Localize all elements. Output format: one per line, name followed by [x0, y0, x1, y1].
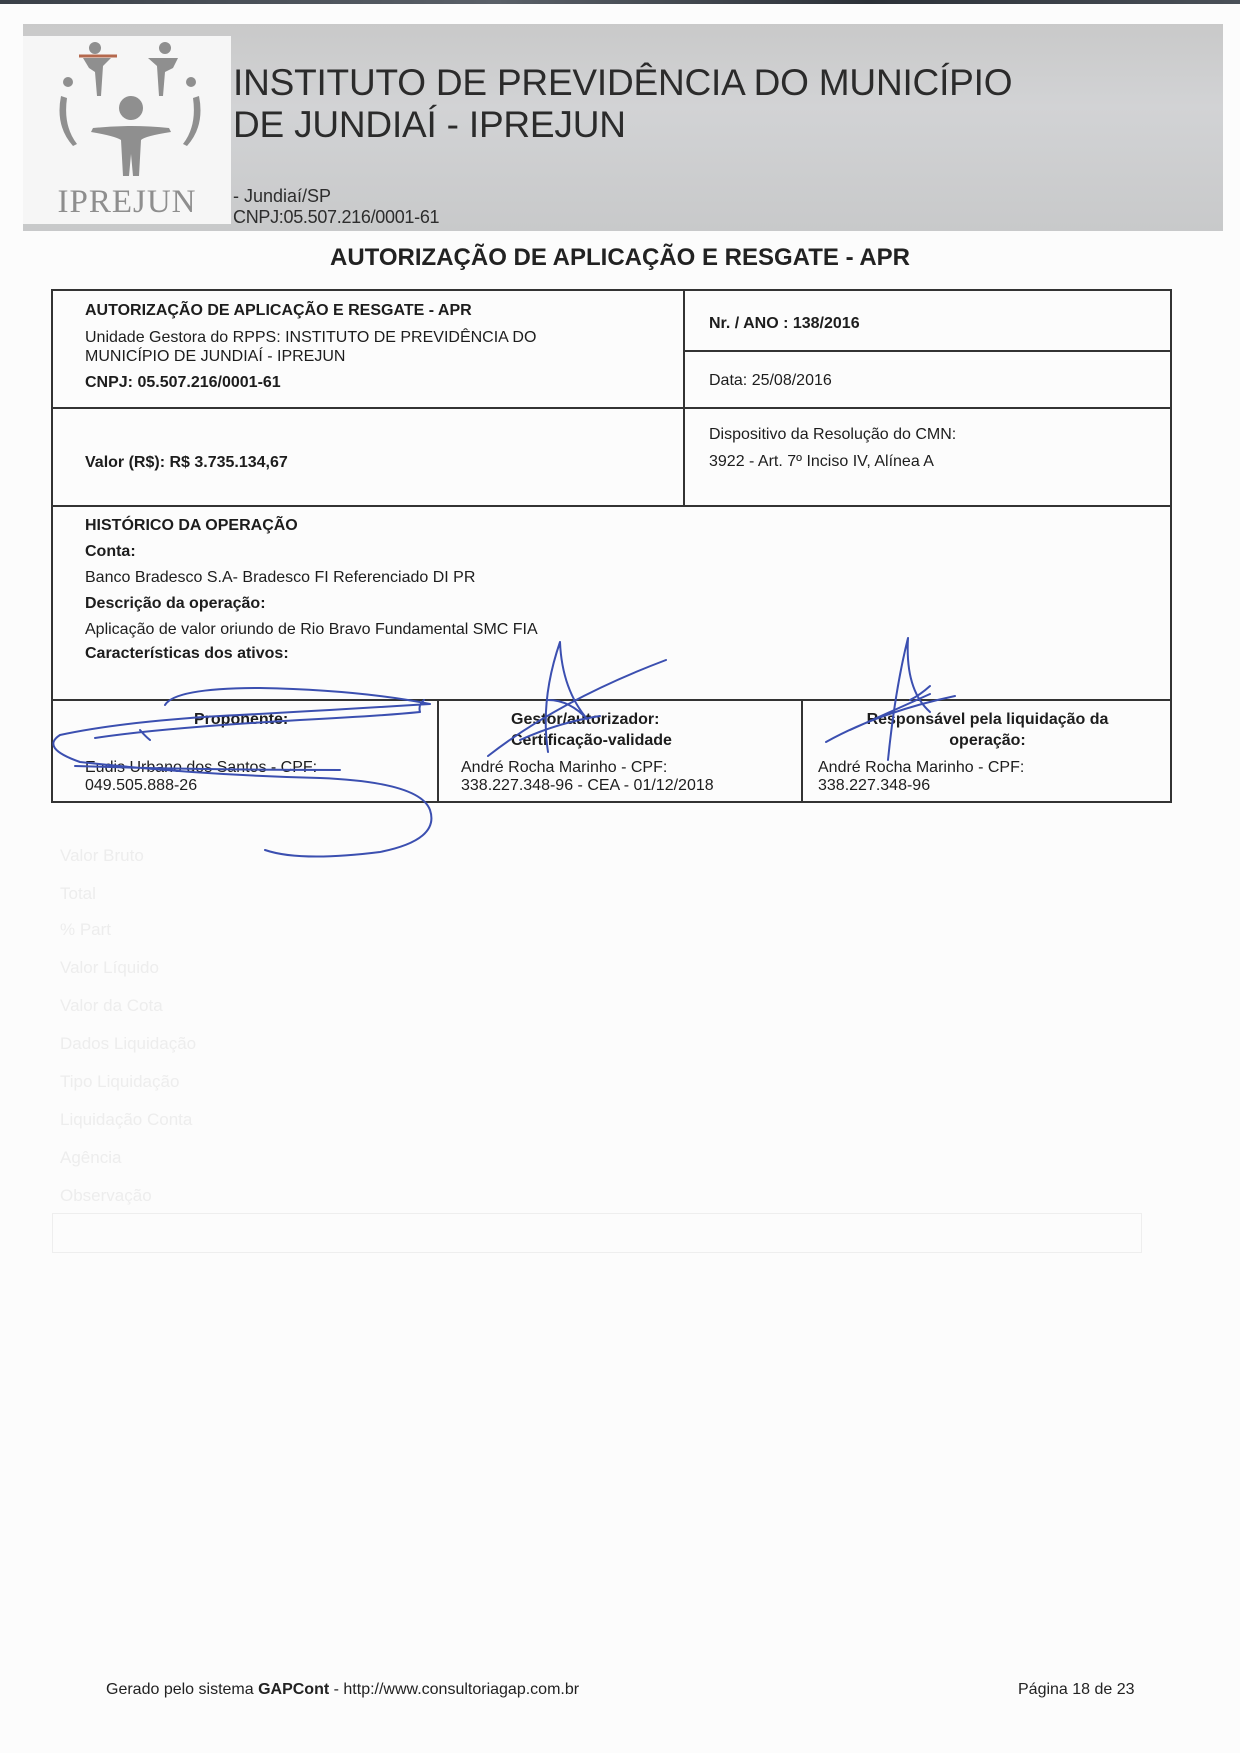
descricao-value: Aplicação de valor oriundo de Rio Bravo … [85, 620, 538, 639]
bleed-through-text: Liquidação Conta [60, 1110, 192, 1130]
bleed-through-text: Dados Liquidação [60, 1034, 196, 1054]
logo-text: IPREJUN [23, 184, 231, 221]
data-cell: Data: 25/08/2016 [685, 352, 1172, 409]
historico-cell: HISTÓRICO DA OPERAÇÃO Conta: Banco Brade… [53, 507, 1172, 701]
historico-title: HISTÓRICO DA OPERAÇÃO [85, 516, 298, 535]
conta-value: Banco Bradesco S.A- Bradesco FI Referenc… [85, 568, 475, 587]
unidade-gestora-cell: AUTORIZAÇÃO DE APLICAÇÃO E RESGATE - APR… [53, 291, 685, 409]
bleed-through-box [52, 1213, 1142, 1253]
document-title: AUTORIZAÇÃO DE APLICAÇÃO E RESGATE - APR [0, 244, 1240, 272]
proponente-title: Proponente: [194, 710, 288, 729]
bleed-through-text: Valor Bruto [60, 846, 144, 866]
responsavel-title: Responsável pela liquidação da [803, 710, 1172, 729]
responsavel-cell: Responsável pela liquidação da operação:… [803, 701, 1172, 803]
footer-system-name: GAPCont [258, 1681, 329, 1698]
bleed-through-text: Tipo Liquidação [60, 1072, 179, 1092]
footer-page-number: Página 18 de 23 [1018, 1681, 1135, 1699]
footer-prefix: Gerado pelo sistema [106, 1681, 258, 1698]
gestor-subtitle: Certificação-validade [511, 731, 672, 750]
bleed-through-text: % Part [60, 920, 111, 940]
footer-generated-by: Gerado pelo sistema GAPCont - http://www… [106, 1681, 579, 1699]
gestor-cpf: 338.227.348-96 - CEA - 01/12/2018 [461, 776, 714, 795]
people-circle-logo-icon [53, 36, 203, 186]
bleed-through-text: Observação [60, 1186, 152, 1206]
document-page: Valor Bruto Total % Part Valor Líquido V… [0, 0, 1240, 1753]
unidade-gestora-line1: Unidade Gestora do RPPS: INSTITUTO DE PR… [85, 328, 536, 347]
data: Data: 25/08/2016 [709, 371, 832, 390]
conta-label: Conta: [85, 542, 136, 561]
institution-name: INSTITUTO DE PREVIDÊNCIA DO MUNICÍPIO DE… [233, 62, 1012, 146]
form-cnpj: CNPJ: 05.507.216/0001-61 [85, 373, 281, 392]
dispositivo-cell: Dispositivo da Resolução do CMN: 3922 - … [685, 409, 1172, 507]
bleed-through-text: Valor da Cota [60, 996, 163, 1016]
gestor-cell: Gestor/autorizador: Certificação-validad… [439, 701, 803, 803]
institution-name-line2: DE JUNDIAÍ - IPREJUN [233, 104, 1012, 146]
bleed-through-text: Agência [60, 1148, 121, 1168]
caracteristicas-label: Características dos ativos: [85, 644, 289, 663]
institution-name-line1: INSTITUTO DE PREVIDÊNCIA DO MUNICÍPIO [233, 62, 1012, 104]
logo: IPREJUN [23, 36, 231, 224]
institution-cnpj: CNPJ:05.507.216/0001-61 [233, 207, 439, 228]
institution-city: - Jundiaí/SP [233, 186, 331, 207]
responsavel-name: André Rocha Marinho - CPF: [818, 758, 1024, 777]
bleed-through-text: Total [60, 884, 96, 904]
nr-ano: Nr. / ANO : 138/2016 [709, 314, 860, 333]
bleed-through-text: Valor Líquido [60, 958, 159, 978]
proponente-cell: Proponente: Eudis Urbano dos Santos - CP… [53, 701, 439, 803]
valor-cell: Valor (R$): R$ 3.735.134,67 [53, 409, 685, 507]
dispositivo-label: Dispositivo da Resolução do CMN: [709, 425, 956, 444]
gestor-name: André Rocha Marinho - CPF: [461, 758, 667, 777]
proponente-cpf: 049.505.888-26 [85, 776, 197, 795]
responsavel-subtitle: operação: [803, 731, 1172, 750]
proponente-name: Eudis Urbano dos Santos - CPF: [85, 758, 317, 777]
nr-ano-cell: Nr. / ANO : 138/2016 [685, 291, 1172, 352]
descricao-label: Descrição da operação: [85, 594, 266, 613]
gestor-title: Gestor/autorizador: [511, 710, 659, 729]
dispositivo-value: 3922 - Art. 7º Inciso IV, Alínea A [709, 452, 934, 471]
unidade-gestora-line2: MUNICÍPIO DE JUNDIAÍ - IPREJUN [85, 347, 345, 366]
responsavel-cpf: 338.227.348-96 [818, 776, 930, 795]
section-title: AUTORIZAÇÃO DE APLICAÇÃO E RESGATE - APR [85, 301, 472, 320]
scan-edge [0, 0, 1240, 4]
footer-url: - http://www.consultoriagap.com.br [329, 1681, 579, 1698]
apr-form: AUTORIZAÇÃO DE APLICAÇÃO E RESGATE - APR… [51, 289, 1172, 803]
valor: Valor (R$): R$ 3.735.134,67 [85, 453, 288, 472]
